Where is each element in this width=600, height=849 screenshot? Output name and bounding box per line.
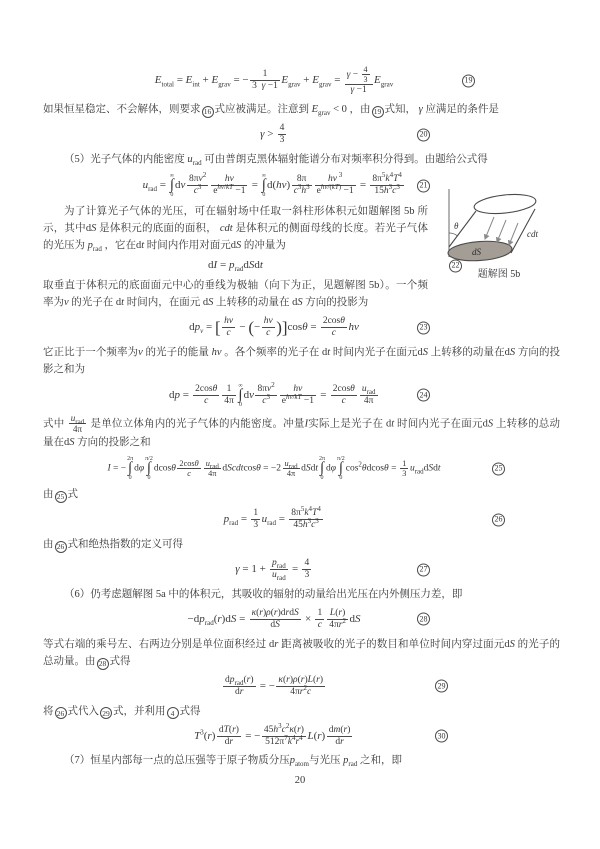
equation-24-number: 24 bbox=[417, 389, 430, 402]
page-number: 20 bbox=[0, 775, 600, 786]
ds-label: dS bbox=[472, 247, 482, 257]
equation-26-body: prad = 13urad = 8π5k4T445h3c3 bbox=[224, 508, 325, 531]
equation-30-number: 30 bbox=[435, 730, 448, 743]
equation-26-number: 26 bbox=[492, 513, 505, 526]
photon-arrow bbox=[497, 220, 506, 242]
equation-22-body: dI = praddSdt bbox=[208, 259, 263, 272]
equation-26: prad = 13urad = 8π5k4T445h3c3 26 bbox=[43, 508, 560, 531]
equation-19-number: 19 bbox=[462, 74, 475, 87]
equation-23-number: 23 bbox=[417, 321, 430, 334]
paragraph-substitute-eq26-eq29: 将26式代入29式，并利用4式得 bbox=[43, 703, 560, 720]
theta-label: θ bbox=[454, 221, 459, 231]
paragraph-section-5-intro: （5）光子气体的内能密度 urad 可由普朗克黑体辐射能谱分布对频率积分得到。由… bbox=[43, 151, 560, 168]
equation-29: dprad(r)dr = −κ(r)ρ(r)L(r)4πr2c 29 bbox=[43, 675, 560, 698]
equation-20-number: 20 bbox=[417, 128, 430, 141]
slanted-cylinder-figure: θ dS cdt bbox=[439, 187, 559, 265]
figure-wrap-section: θ dS cdt 题解图 5b 为了计算光子气体的光压，可在辐射场中任取一斜柱形… bbox=[43, 203, 560, 311]
theta-angle-arc bbox=[449, 233, 457, 236]
equation-28-body: −dprad(r)dS = κ(r)ρ(r)drdSdS × 1cL(r)4πr… bbox=[188, 608, 361, 631]
equation-28: −dprad(r)dS = κ(r)ρ(r)drdSdS × 1cL(r)4πr… bbox=[43, 608, 560, 631]
equation-27-body: γ = 1 + pradurad = 43 bbox=[235, 558, 312, 581]
equation-25: I = −2π∫0dφπ/2∫0dcosθ2cosθcurad4πdScdtco… bbox=[43, 456, 560, 481]
equation-22: dI = praddSdt 22 bbox=[43, 259, 560, 272]
photon-arrow bbox=[485, 217, 494, 239]
paragraph-absorbed-photons: 等式右端的乘号左、右两边分别是单位面积经过 dr 距离被吸收的光子的数目和单位时… bbox=[43, 636, 560, 670]
equation-29-body: dprad(r)dr = −κ(r)ρ(r)L(r)4πr2c bbox=[222, 675, 327, 698]
equation-23: dpν = [hνc − (−hνc)]cosθ = 2cosθchν 23 bbox=[43, 316, 560, 339]
document-page: Etotal = Eint + Egrav = −13 γ −1Egrav + … bbox=[0, 0, 600, 849]
equation-20-body: γ > 43 bbox=[260, 123, 288, 146]
paragraph-polar-axis: 取垂直于体积元的底面面元中心的垂线为极轴（向下为正，见题解图 5b）。一个频率为… bbox=[43, 277, 560, 311]
equation-25-body: I = −2π∫0dφπ/2∫0dcosθ2cosθcurad4πdScdtco… bbox=[107, 456, 440, 481]
equation-21: urad = ∞∫0dν8πν2c3hνehν/kT −1 = ∞∫0d(hν)… bbox=[43, 173, 560, 198]
equation-21-number: 21 bbox=[417, 179, 430, 192]
paragraph-adiabatic-index: 由26式和绝热指数的定义可得 bbox=[43, 536, 560, 553]
equation-30: T3(r)dT(r)dr = −45h3c2κ(r)512π7k4r4L(r)d… bbox=[43, 725, 560, 748]
paragraph-solid-angle-density: 式中 urad4π 是单位立体角内的光子气体的内能密度。冲量I实际上是光子在 d… bbox=[43, 413, 560, 452]
equation-22-number: 22 bbox=[449, 259, 462, 272]
equation-19: Etotal = Eint + Egrav = −13 γ −1Egrav + … bbox=[43, 65, 560, 96]
equation-21-body: urad = ∞∫0dν8πν2c3hνehν/kT −1 = ∞∫0d(hν)… bbox=[143, 173, 406, 198]
paragraph-from-eq25: 由25式 bbox=[43, 486, 560, 503]
equation-28-number: 28 bbox=[417, 613, 430, 626]
paragraph-momentum-transfer: 它正比于一个频率为ν 的光子的能量 hν 。各个频率的光子在 dt 时间内光子在… bbox=[43, 344, 560, 378]
equation-23-body: dpν = [hνc − (−hνc)]cosθ = 2cosθchν bbox=[189, 316, 359, 339]
cdt-label: cdt bbox=[527, 229, 538, 239]
paragraph-stability-condition: 如果恒星稳定、不会解体，则要求16式应被满足。注意到 Egrav < 0 ，由1… bbox=[43, 101, 560, 118]
equation-29-number: 29 bbox=[435, 680, 448, 693]
equation-19-body: Etotal = Eint + Egrav = −13 γ −1Egrav + … bbox=[155, 65, 393, 96]
equation-30-body: T3(r)dT(r)dr = −45h3c2κ(r)512π7k4r4L(r)d… bbox=[194, 725, 354, 748]
paragraph-section-6-intro: （6）仍考虑题解图 5a 中的体积元，其吸收的辐射的动量给出光压在内外侧压力差，… bbox=[43, 586, 560, 603]
equation-25-number: 25 bbox=[492, 462, 505, 475]
equation-20: γ > 43 20 bbox=[43, 123, 560, 146]
equation-24-body: dp = 2cosθc14π∞∫0dν8πν2c3hνehν/kT −1 = 2… bbox=[169, 383, 379, 408]
equation-27-number: 27 bbox=[417, 563, 430, 576]
equation-24: dp = 2cosθc14π∞∫0dν8πν2c3hνehν/kT −1 = 2… bbox=[43, 383, 560, 408]
equation-27: γ = 1 + pradurad = 43 27 bbox=[43, 558, 560, 581]
paragraph-section-7-intro: （7）恒星内部每一点的总压强等于原子物质分压patom与光压 prad 之和，即 bbox=[43, 752, 560, 769]
